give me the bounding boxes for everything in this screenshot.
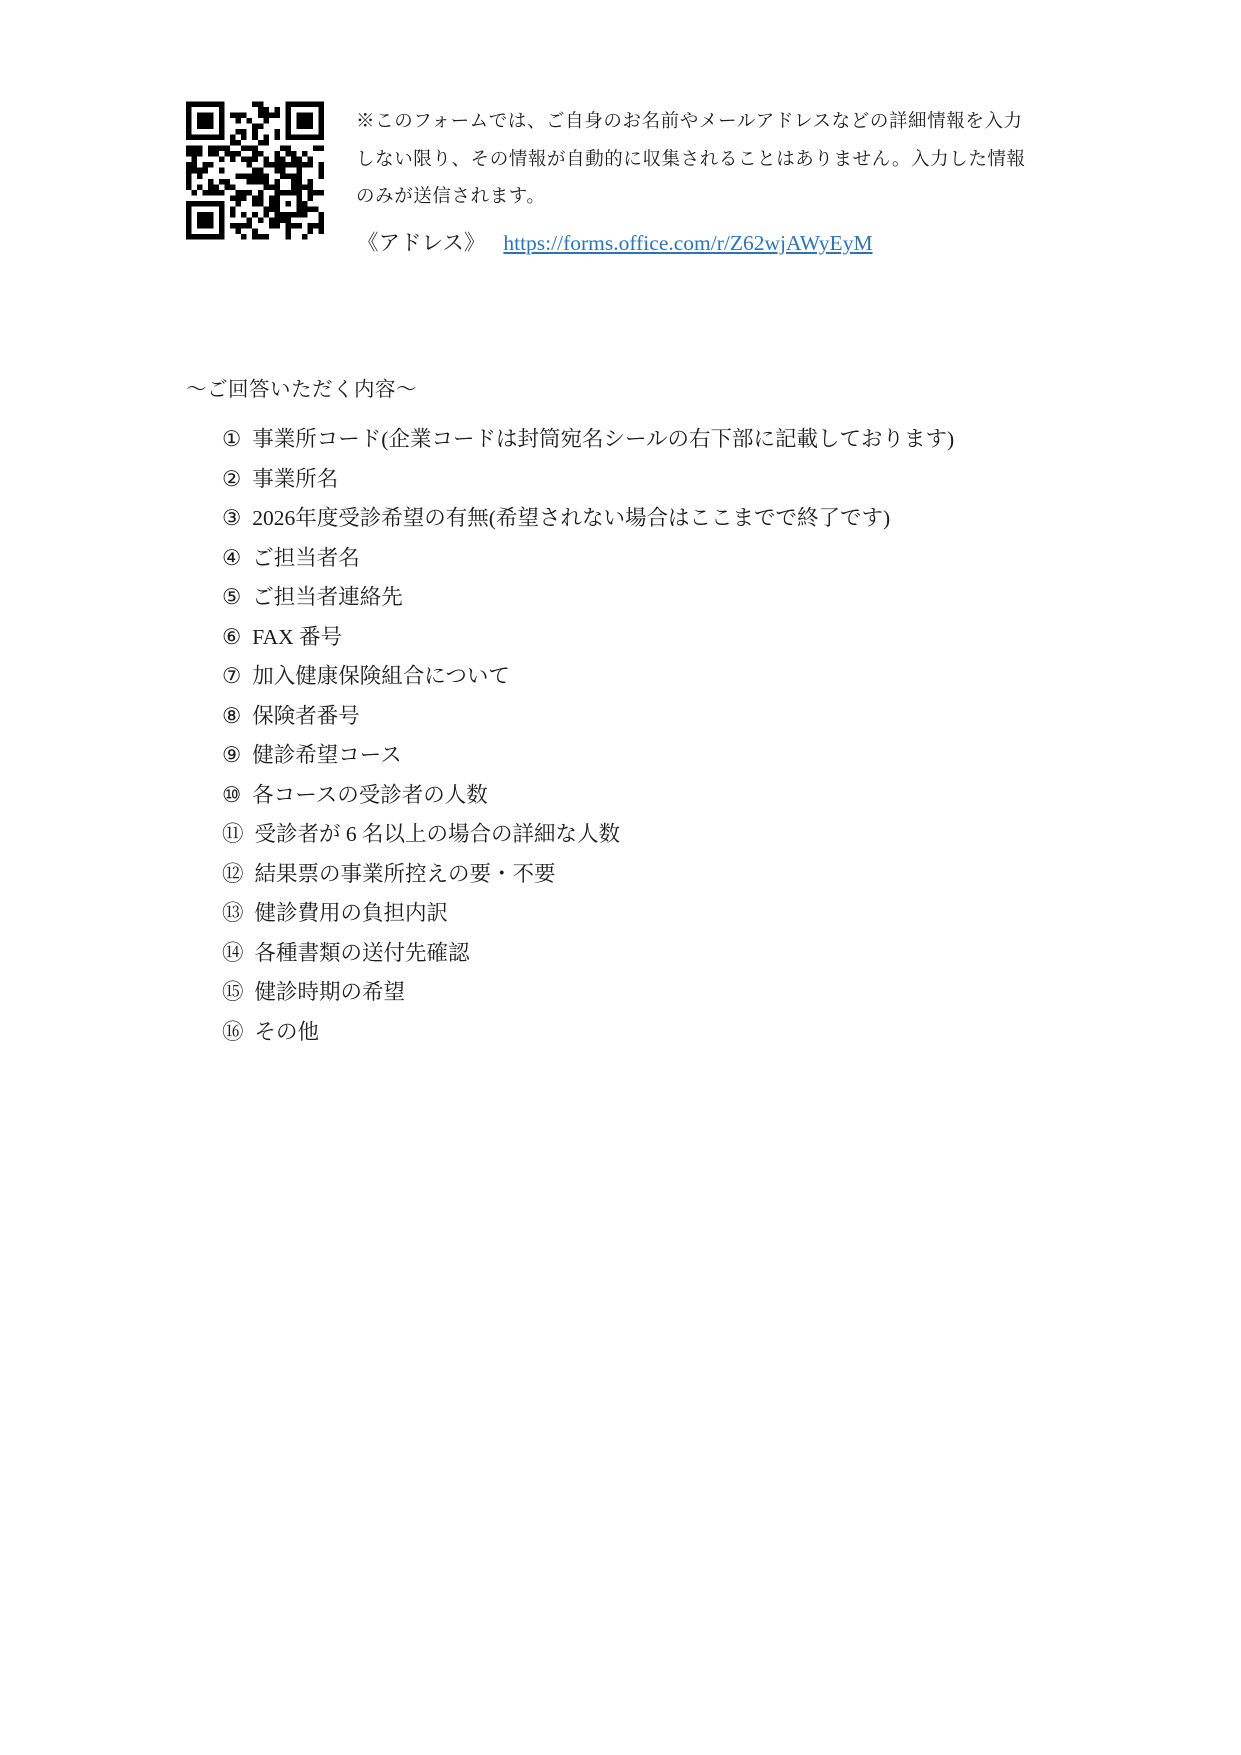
privacy-note-line: しない限り、その情報が自動的に収集されることはありません。入力した情報 bbox=[356, 142, 1026, 180]
content-list-heading: ～ご回答いただく内容～ bbox=[186, 372, 417, 402]
item-number: ③ bbox=[222, 499, 241, 539]
item-number: ⑤ bbox=[222, 578, 241, 618]
list-item: ⑥FAX 番号 bbox=[222, 618, 954, 658]
item-number: ② bbox=[222, 460, 241, 500]
list-item: ⑭各種書類の送付先確認 bbox=[222, 934, 954, 974]
item-text: ご担当者名 bbox=[252, 546, 360, 570]
list-item: ⑫結果票の事業所控えの要・不要 bbox=[222, 855, 954, 895]
list-item: ①事業所コード(企業コードは封筒宛名シールの右下部に記載しております) bbox=[222, 420, 954, 460]
list-item: ④ご担当者名 bbox=[222, 539, 954, 579]
item-text: 健診時期の希望 bbox=[255, 980, 406, 1004]
item-text: FAX 番号 bbox=[252, 625, 342, 649]
item-number: ⑨ bbox=[222, 736, 241, 776]
form-qr-code bbox=[186, 100, 324, 241]
item-number: ⑦ bbox=[222, 657, 241, 697]
item-number: ⑪ bbox=[222, 815, 244, 855]
item-number: ⑥ bbox=[222, 618, 241, 658]
list-item: ⑪受診者が 6 名以上の場合の詳細な人数 bbox=[222, 815, 954, 855]
content-list: ①事業所コード(企業コードは封筒宛名シールの右下部に記載しております) ②事業所… bbox=[222, 420, 954, 1052]
item-text: 結果票の事業所控えの要・不要 bbox=[255, 862, 556, 886]
privacy-note: ※このフォームでは、ご自身のお名前やメールアドレスなどの詳細情報を入力 しない限… bbox=[356, 104, 1026, 217]
item-text: 健診費用の負担内訳 bbox=[255, 901, 449, 925]
list-item: ⑨健診希望コース bbox=[222, 736, 954, 776]
item-text: 各種書類の送付先確認 bbox=[255, 941, 470, 965]
item-number: ⑮ bbox=[222, 973, 244, 1013]
list-item: ②事業所名 bbox=[222, 460, 954, 500]
list-item: ⑯その他 bbox=[222, 1013, 954, 1053]
item-number: ⑧ bbox=[222, 697, 241, 737]
address-label: 《アドレス》 bbox=[357, 231, 485, 255]
item-text: その他 bbox=[255, 1020, 320, 1044]
item-number: ⑭ bbox=[222, 934, 244, 974]
item-text: 2026年度受診希望の有無(希望されない場合はここまでで終了です) bbox=[252, 506, 890, 530]
item-number: ④ bbox=[222, 539, 241, 579]
document-page: ※このフォームでは、ご自身のお名前やメールアドレスなどの詳細情報を入力 しない限… bbox=[0, 0, 1241, 1755]
list-item: ⑧保険者番号 bbox=[222, 697, 954, 737]
list-item: ③2026年度受診希望の有無(希望されない場合はここまでで終了です) bbox=[222, 499, 954, 539]
privacy-note-line: のみが送信されます。 bbox=[356, 179, 1026, 217]
item-text: 健診希望コース bbox=[252, 743, 401, 767]
item-number: ⑯ bbox=[222, 1013, 244, 1053]
item-number: ⑬ bbox=[222, 894, 244, 934]
item-number: ⑫ bbox=[222, 855, 244, 895]
list-item: ⑩各コースの受診者の人数 bbox=[222, 776, 954, 816]
item-number: ① bbox=[222, 420, 241, 460]
item-number: ⑩ bbox=[222, 776, 241, 816]
item-text: 保険者番号 bbox=[252, 704, 360, 728]
item-text: 事業所名 bbox=[252, 467, 338, 491]
qr-code-pattern-icon bbox=[186, 100, 324, 241]
item-text: 各コースの受診者の人数 bbox=[252, 783, 487, 807]
list-item: ⑬健診費用の負担内訳 bbox=[222, 894, 954, 934]
item-text: ご担当者連絡先 bbox=[252, 585, 403, 609]
list-item: ⑤ご担当者連絡先 bbox=[222, 578, 954, 618]
item-text: 加入健康保険組合について bbox=[252, 664, 510, 688]
item-text: 受診者が 6 名以上の場合の詳細な人数 bbox=[255, 822, 621, 846]
form-url-link[interactable]: https://forms.office.com/r/Z62wjAWyEyM bbox=[503, 231, 872, 255]
list-item: ⑦加入健康保険組合について bbox=[222, 657, 954, 697]
item-text: 事業所コード(企業コードは封筒宛名シールの右下部に記載しております) bbox=[252, 427, 954, 451]
address-row: 《アドレス》https://forms.office.com/r/Z62wjAW… bbox=[357, 228, 873, 258]
privacy-note-line: ※このフォームでは、ご自身のお名前やメールアドレスなどの詳細情報を入力 bbox=[356, 104, 1026, 142]
list-item: ⑮健診時期の希望 bbox=[222, 973, 954, 1013]
